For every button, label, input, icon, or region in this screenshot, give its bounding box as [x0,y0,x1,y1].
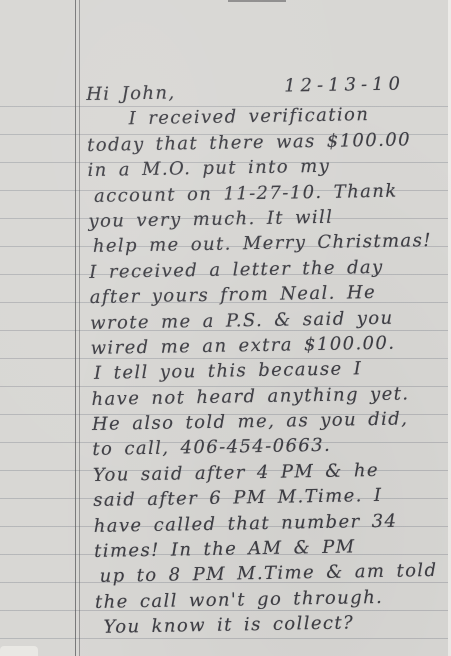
margin-line-double [79,0,80,656]
letter-date: 12-13-10 [284,71,405,99]
notebook-paper-scan: Hi John, 12-13-10 I received verificatio… [0,0,451,656]
scan-artifact-top-edge [228,0,286,2]
scan-artifact-bottom-left [0,646,38,656]
greeting: Hi John, [86,82,176,105]
letter-body: Hi John, 12-13-10 I received verificatio… [86,76,451,641]
margin-line [75,0,76,656]
